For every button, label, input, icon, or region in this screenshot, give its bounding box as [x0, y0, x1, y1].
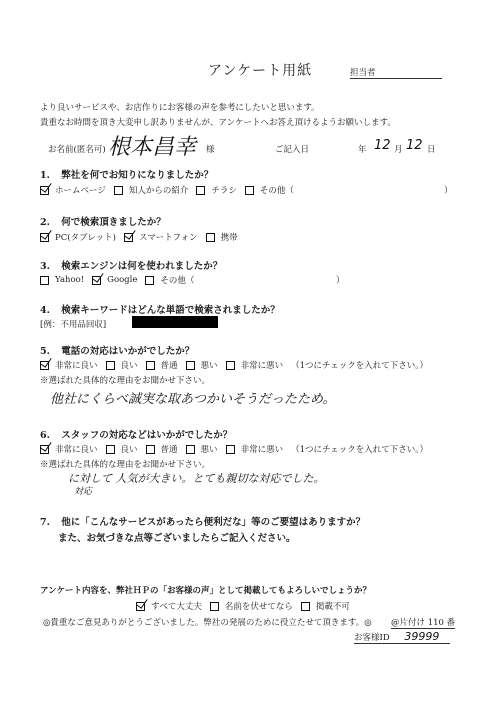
option-good[interactable]: 良い	[106, 359, 138, 371]
checkbox-icon[interactable]	[106, 445, 115, 454]
question-3-text: 検索エンジンは何を使われましたか？	[61, 261, 222, 272]
question-6-text: スタッフの対応などはいかがでしたか？	[61, 430, 232, 441]
checkbox-icon[interactable]	[210, 602, 219, 611]
question-4: 4. 検索キーワードはどんな単語で検索されましたか？	[40, 302, 280, 316]
question-7-number: 7.	[40, 517, 50, 528]
question-1-close-paren: ）	[444, 184, 453, 196]
day-value: 12	[406, 138, 423, 153]
staff-field: 担当者	[350, 66, 442, 79]
staff-label: 担当者	[350, 68, 376, 78]
option-normal[interactable]: 普通	[146, 443, 178, 455]
date-label: ご記入日	[275, 143, 309, 155]
page-title: アンケート用紙	[208, 60, 312, 80]
checkbox-checked-icon[interactable]	[40, 445, 49, 454]
thanks-message: ◎貴重なご意見ありがとうございました。弊社の発展のために役立たせて頂きます。◎	[43, 616, 372, 628]
question-1-number: 1.	[40, 170, 50, 181]
checkbox-checked-icon[interactable]	[136, 602, 145, 611]
option-pc[interactable]: PC(タブレット)	[40, 231, 116, 243]
checkbox-icon[interactable]	[40, 276, 49, 285]
day-label: 日	[427, 143, 436, 155]
checkbox-icon[interactable]	[146, 361, 155, 370]
checkbox-icon[interactable]	[114, 186, 123, 195]
option-good[interactable]: 良い	[106, 443, 138, 455]
option-very-good[interactable]: 非常に良い	[40, 359, 98, 371]
option-other[interactable]: その他（	[245, 184, 294, 196]
checkbox-checked-icon[interactable]	[92, 276, 101, 285]
option-referral[interactable]: 知人からの紹介	[114, 184, 189, 196]
question-1-options: ホームページ 知人からの紹介 チラシ その他（	[40, 184, 294, 196]
option-mobile[interactable]: 携帯	[206, 231, 238, 243]
customer-id-label: お客様ID	[354, 633, 390, 643]
option-very-bad[interactable]: 非常に悪い	[226, 359, 284, 371]
publish-options: すべて大丈夫 名前を伏せてなら 掲載不可	[136, 600, 350, 612]
checkbox-icon[interactable]	[206, 233, 215, 242]
question-5-options: 非常に良い 良い 普通 悪い 非常に悪い （1つにチェックを入れて下さい。）	[40, 359, 428, 371]
question-2: 2. 何で検索頂きましたか？	[40, 214, 166, 228]
question-5-reason-answer: 他社にくらべ誠実な取あつかいそうだったため。	[50, 388, 335, 407]
question-4-number: 4.	[40, 305, 50, 316]
customer-id-field: お客様ID 39999	[354, 630, 450, 644]
year-label: 年	[358, 143, 367, 155]
month-label: 月	[394, 143, 403, 155]
question-7: 7. 他に「こんなサービスがあったら便利だな」等のご要望はありますか？	[40, 514, 365, 528]
question-3-number: 3.	[40, 261, 50, 272]
question-1: 1. 弊社を何でお知りになりましたか？	[40, 167, 213, 181]
option-smartphone[interactable]: スマートフォン	[124, 231, 198, 243]
checkbox-checked-icon[interactable]	[124, 233, 133, 242]
option-normal[interactable]: 普通	[146, 359, 178, 371]
checkbox-checked-icon[interactable]	[40, 361, 49, 370]
question-5-reason-prompt: ※選ばれた具体的な理由をお聞かせ下さい。	[40, 374, 210, 386]
option-other-engine[interactable]: その他（	[145, 274, 194, 286]
question-5: 5. 電話の対応はいかがでしたか？	[40, 343, 194, 357]
customer-id-value: 39999	[404, 630, 439, 643]
checkbox-icon[interactable]	[106, 361, 115, 370]
question-3-close-paren: ）	[336, 274, 345, 286]
question-4-example: [例：不用品回収]	[40, 318, 106, 330]
intro-line-1: より良いサービスや、お店作りにお客様の声を参考にしたいと思います。	[40, 101, 320, 113]
question-6-instruction: （1つにチェックを入れて下さい。）	[291, 443, 428, 455]
question-5-text: 電話の対応はいかがでしたか？	[61, 346, 194, 357]
question-2-text: 何で検索頂きましたか？	[61, 217, 166, 228]
checkbox-icon[interactable]	[146, 445, 155, 454]
question-1-text: 弊社を何でお知りになりましたか？	[61, 170, 213, 181]
question-6-options: 非常に良い 良い 普通 悪い 非常に悪い （1つにチェックを入れて下さい。）	[40, 443, 428, 455]
honorific: 様	[206, 143, 215, 155]
name-value: 根本昌幸	[108, 130, 196, 161]
checkbox-icon[interactable]	[301, 602, 310, 611]
checkbox-icon[interactable]	[145, 276, 154, 285]
option-homepage[interactable]: ホームページ	[40, 184, 106, 196]
redacted-keyword	[132, 316, 218, 328]
option-very-bad[interactable]: 非常に悪い	[226, 443, 284, 455]
checkbox-icon[interactable]	[226, 361, 235, 370]
question-5-instruction: （1つにチェックを入れて下さい。）	[291, 359, 428, 371]
question-2-options: PC(タブレット) スマートフォン 携帯	[40, 231, 238, 243]
question-6-reason-note: 対応	[74, 484, 92, 497]
checkbox-icon[interactable]	[196, 186, 205, 195]
name-label: お名前(匿名可)	[48, 143, 106, 155]
option-publish-all[interactable]: すべて大丈夫	[136, 600, 202, 612]
question-6: 6. スタッフの対応などはいかがでしたか？	[40, 427, 232, 441]
month-value: 12	[374, 138, 391, 153]
intro-line-2: 貴重なお時間を頂き大変申し訳ありませんが、アンケートへお答え頂けるようお願いしま…	[40, 116, 396, 128]
option-bad[interactable]: 悪い	[186, 443, 218, 455]
option-publish-anonymous[interactable]: 名前を伏せてなら	[210, 600, 293, 612]
checkbox-icon[interactable]	[245, 186, 254, 195]
shop-label: @片付け 110 番	[391, 616, 455, 629]
option-google[interactable]: Google	[92, 275, 137, 285]
question-6-reason-answer: に対して 人気が大きい。とても親切な対応でした。	[68, 470, 325, 486]
checkbox-icon[interactable]	[186, 445, 195, 454]
question-4-text: 検索キーワードはどんな単語で検索されましたか？	[61, 305, 280, 316]
checkbox-icon[interactable]	[226, 445, 235, 454]
question-3: 3. 検索エンジンは何を使われましたか？	[40, 258, 222, 272]
option-very-good[interactable]: 非常に良い	[40, 443, 98, 455]
question-7-text: 他に「こんなサービスがあったら便利だな」等のご要望はありますか？	[61, 517, 365, 528]
checkbox-checked-icon[interactable]	[40, 233, 49, 242]
checkbox-checked-icon[interactable]	[40, 186, 49, 195]
option-flyer[interactable]: チラシ	[196, 184, 237, 196]
publish-question: アンケート内容を、弊社ＨＰの「お客様の声」として掲載してもよろしいでしょうか？	[40, 584, 371, 596]
question-3-options: Yahoo! Google その他（	[40, 274, 194, 286]
question-7-text-2: また、お気づきな点等ございましたらご記入ください。	[58, 530, 296, 544]
question-6-reason-prompt: ※選ばれた具体的な理由をお聞かせ下さい。	[40, 458, 210, 470]
checkbox-icon[interactable]	[186, 361, 195, 370]
option-publish-no[interactable]: 掲載不可	[301, 600, 350, 612]
option-bad[interactable]: 悪い	[186, 359, 218, 371]
option-yahoo[interactable]: Yahoo!	[40, 275, 84, 285]
question-2-number: 2.	[40, 217, 50, 228]
